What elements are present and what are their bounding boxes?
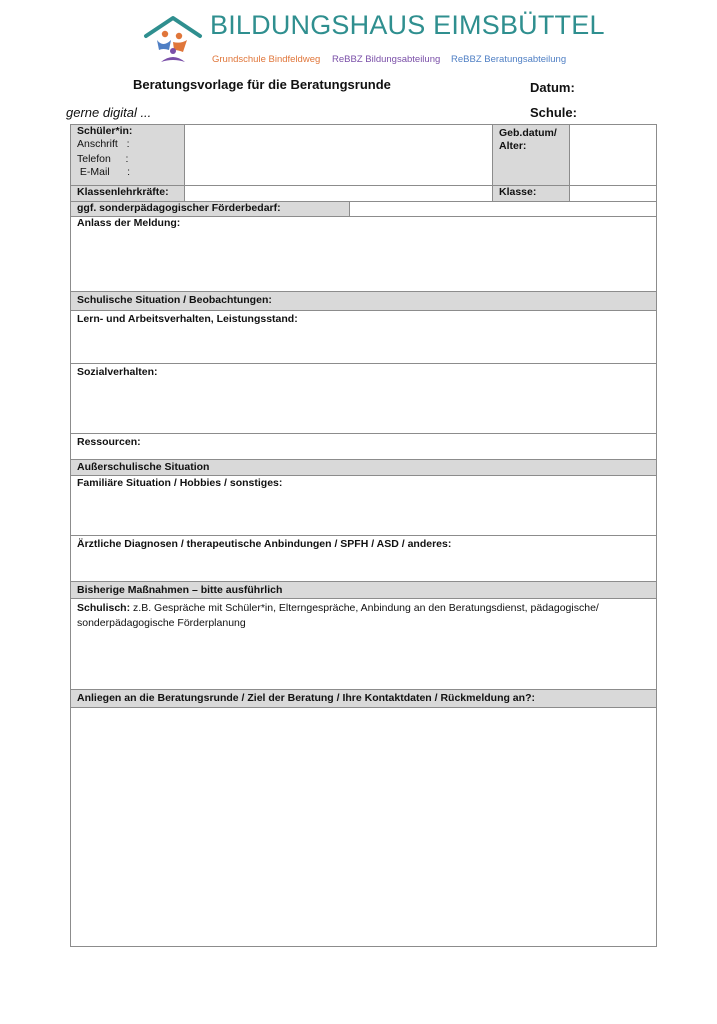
subtitle-grundschule: Grundschule Bindfeldweg bbox=[212, 54, 320, 65]
org-name: BILDUNGSHAUS EIMSBÜTTEL bbox=[210, 10, 605, 41]
divider bbox=[70, 535, 657, 536]
subtitle-beratungsabteilung: ReBBZ Beratungsabteilung bbox=[451, 54, 566, 65]
divider bbox=[492, 124, 493, 201]
house-with-children-logo-icon bbox=[143, 14, 203, 66]
divider bbox=[569, 124, 570, 201]
document-title: Beratungsvorlage für die Beratungsrunde bbox=[133, 77, 391, 92]
divider bbox=[70, 363, 657, 364]
divider bbox=[70, 598, 657, 599]
divider bbox=[349, 201, 350, 216]
divider bbox=[70, 291, 657, 292]
divider bbox=[70, 201, 657, 202]
divider bbox=[70, 459, 657, 460]
divider bbox=[70, 475, 657, 476]
schule-label: Schule: bbox=[530, 105, 577, 120]
divider bbox=[70, 581, 657, 582]
divider bbox=[70, 689, 657, 690]
divider bbox=[70, 707, 657, 708]
divider bbox=[70, 216, 657, 217]
divider bbox=[184, 124, 185, 201]
digital-note: gerne digital ... bbox=[66, 105, 151, 120]
divider bbox=[70, 310, 657, 311]
datum-label: Datum: bbox=[530, 80, 575, 95]
divider bbox=[70, 433, 657, 434]
subtitle-bildungsabteilung: ReBBZ Bildungsabteilung bbox=[332, 54, 440, 65]
